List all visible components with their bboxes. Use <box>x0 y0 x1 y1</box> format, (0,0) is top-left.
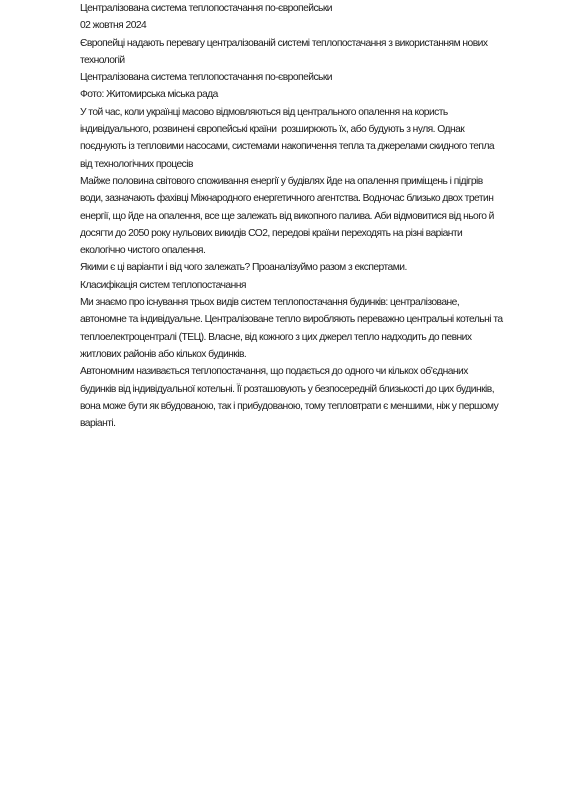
paragraph-autonomous-heating: Автономним називається теплопостачання, … <box>80 363 566 432</box>
paragraph-system-types: Ми знаємо про існування трьох видів сист… <box>80 294 566 363</box>
photo-credit: Фото: Житомирська міська рада <box>80 86 566 103</box>
article-heading-repeat: Централізована система теплопостачання п… <box>80 69 566 86</box>
paragraph-intro: У той час, коли українці масово відмовля… <box>80 104 566 173</box>
section-heading-classification: Класифікація систем теплопостачання <box>80 277 566 294</box>
article-date: 02 жовтня 2024 <box>80 17 566 34</box>
article-title: Централізована система теплопостачання п… <box>80 0 566 17</box>
paragraph-question: Якими є ці варіанти і від чого залежать?… <box>80 259 566 276</box>
document-content: Централізована система теплопостачання п… <box>80 0 566 432</box>
paragraph-energy-consumption: Майже половина світового споживання енер… <box>80 173 566 259</box>
article-lead: Європейці надають перевагу централізован… <box>80 35 566 70</box>
document-page: Централізована система теплопостачання п… <box>0 0 566 800</box>
